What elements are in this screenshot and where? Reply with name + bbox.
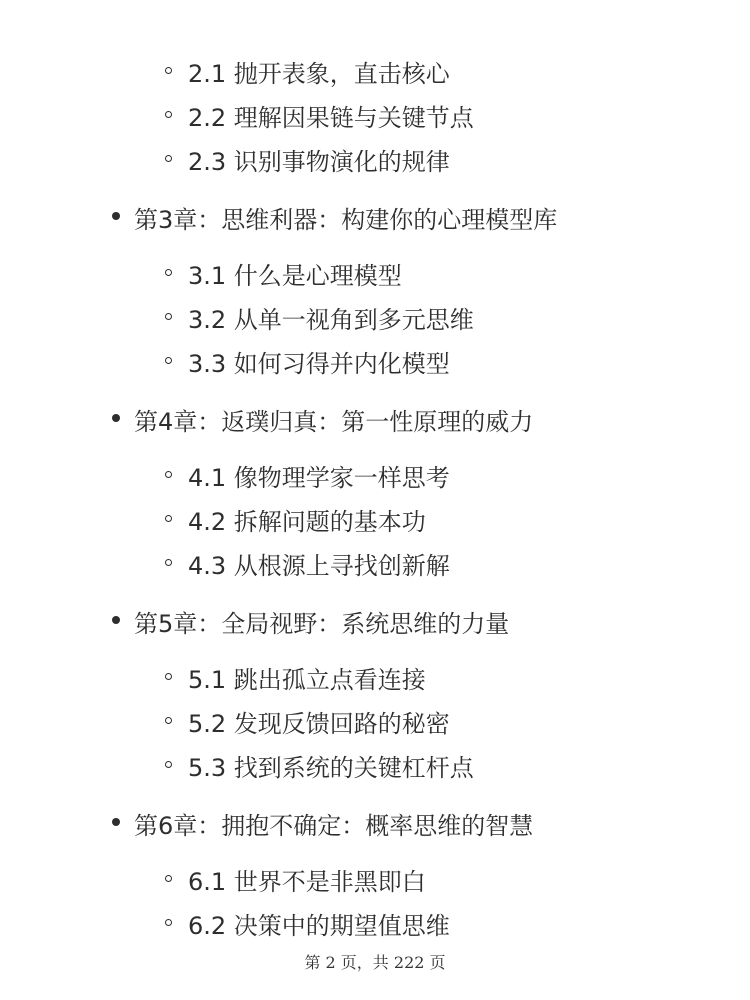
toc-item-label: 3.2 从单一视角到多元思维 xyxy=(188,300,474,335)
bullet-disc-icon xyxy=(112,616,120,624)
bullet-circle-icon xyxy=(165,471,172,478)
toc-item-label: 3.1 什么是心理模型 xyxy=(188,256,402,291)
bullet-disc-icon xyxy=(112,414,120,422)
toc-item-label: 5.1 跳出孤立点看连接 xyxy=(188,660,426,695)
toc-item-label: 2.3 识别事物演化的规律 xyxy=(188,142,450,177)
toc-item-label: 2.2 理解因果链与关键节点 xyxy=(188,98,474,133)
toc-item-label: 3.3 如何习得并内化模型 xyxy=(188,344,450,379)
toc-item-label: 第3章：思维利器：构建你的心理模型库 xyxy=(134,200,557,235)
bullet-circle-icon xyxy=(165,313,172,320)
toc-item-label: 4.3 从根源上寻找创新解 xyxy=(188,546,450,581)
bullet-circle-icon xyxy=(165,559,172,566)
toc-item-label: 6.1 世界不是非黑即白 xyxy=(188,862,426,897)
bullet-circle-icon xyxy=(165,111,172,118)
page-number-footer: 第 2 页，共 222 页 xyxy=(0,950,750,973)
bullet-circle-icon xyxy=(165,515,172,522)
bullet-circle-icon xyxy=(165,67,172,74)
bullet-circle-icon xyxy=(165,155,172,162)
bullet-circle-icon xyxy=(165,761,172,768)
toc-item-label: 第4章：返璞归真：第一性原理的威力 xyxy=(134,402,533,437)
bullet-disc-icon xyxy=(112,212,120,220)
toc-item-label: 4.2 拆解问题的基本功 xyxy=(188,502,426,537)
bullet-circle-icon xyxy=(165,673,172,680)
toc-item-label: 第6章：拥抱不确定：概率思维的智慧 xyxy=(134,806,533,841)
toc-item-label: 2.1 抛开表象，直击核心 xyxy=(188,54,450,89)
toc-item-label: 5.3 找到系统的关键杠杆点 xyxy=(188,748,474,783)
toc-item-label: 6.2 决策中的期望值思维 xyxy=(188,906,450,941)
toc-item-label: 4.1 像物理学家一样思考 xyxy=(188,458,450,493)
bullet-circle-icon xyxy=(165,919,172,926)
bullet-circle-icon xyxy=(165,875,172,882)
bullet-circle-icon xyxy=(165,269,172,276)
toc-item-label: 5.2 发现反馈回路的秘密 xyxy=(188,704,450,739)
bullet-disc-icon xyxy=(112,818,120,826)
bullet-circle-icon xyxy=(165,357,172,364)
toc-item-label: 第5章：全局视野：系统思维的力量 xyxy=(134,604,509,639)
bullet-circle-icon xyxy=(165,717,172,724)
